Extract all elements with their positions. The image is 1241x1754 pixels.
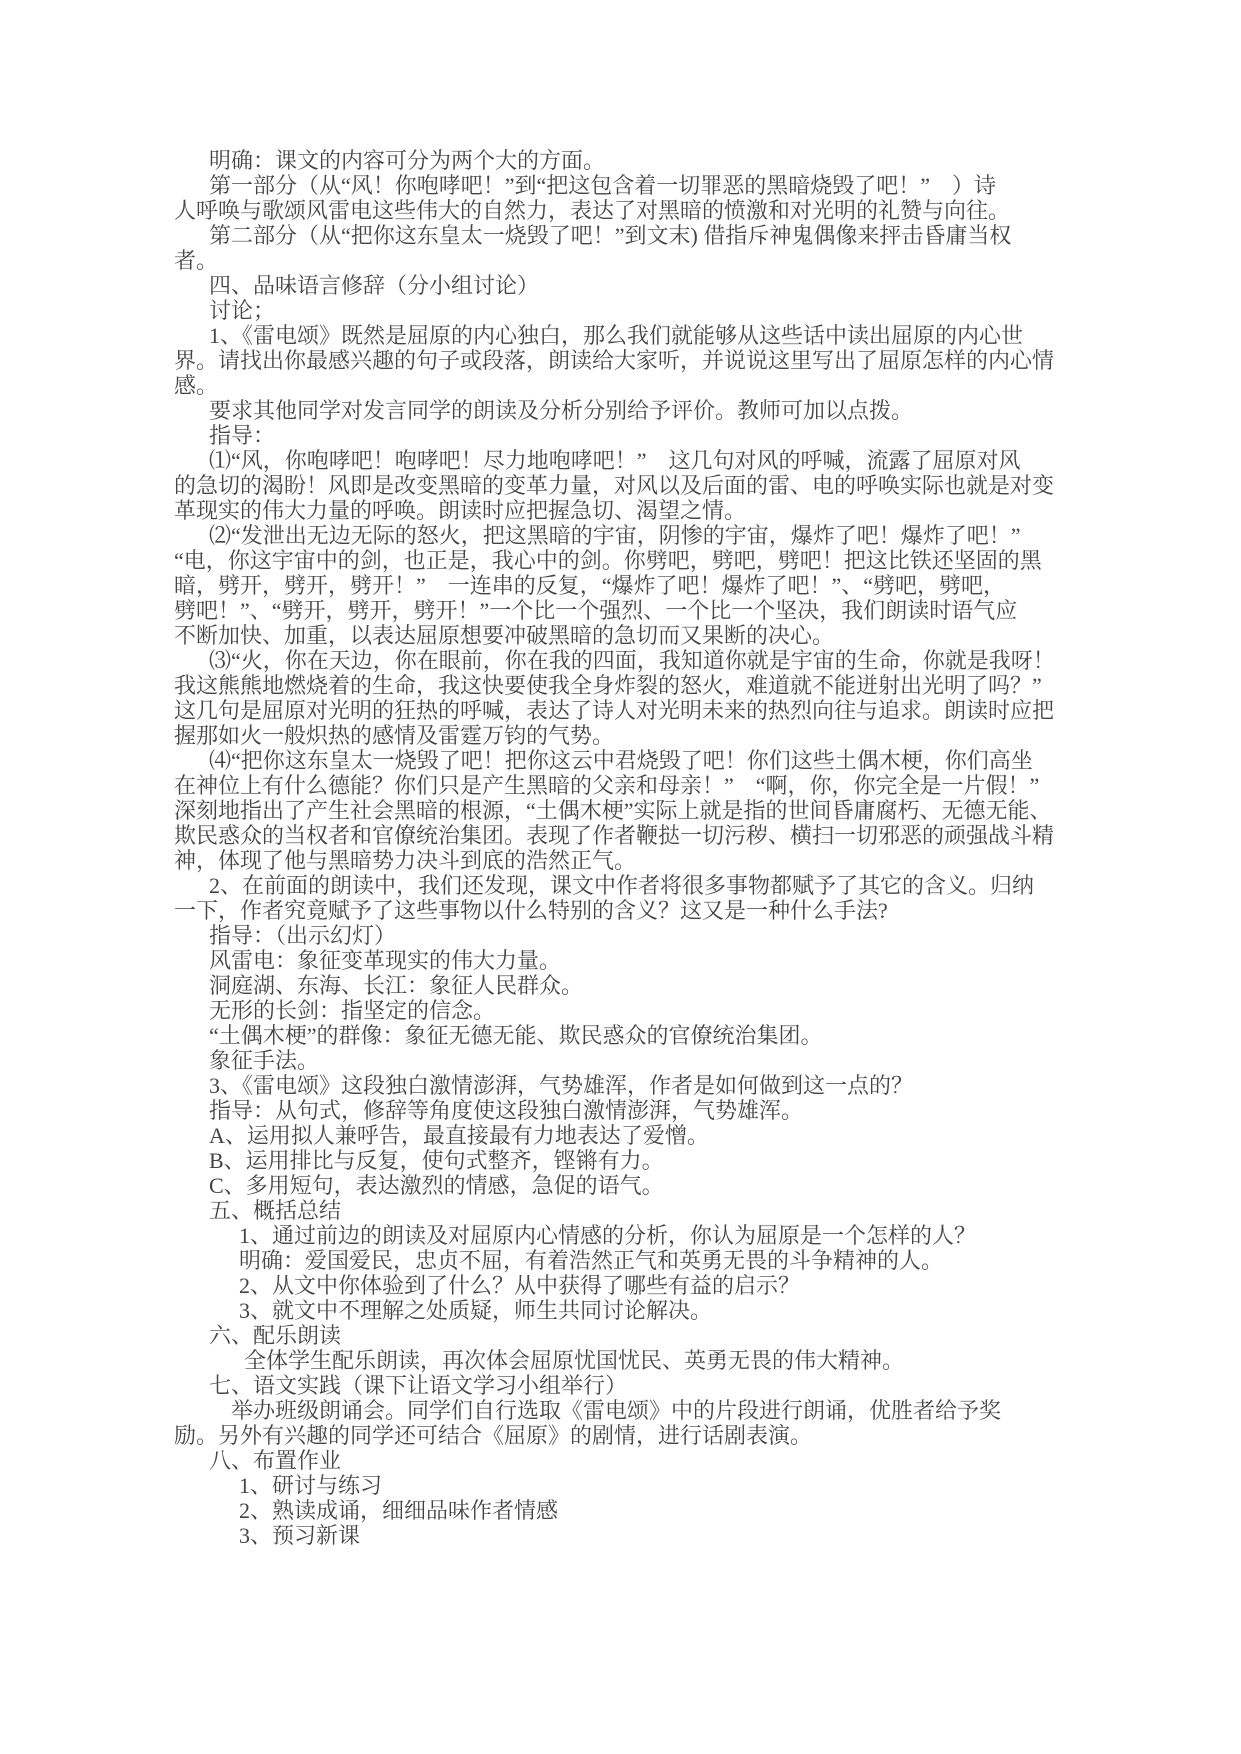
text-line: 八、布置作业 xyxy=(174,1448,1074,1473)
text-line: 1、研讨与练习 xyxy=(174,1473,1074,1498)
text-line: 要求其他同学对发言同学的朗读及分析分别给予评价。教师可加以点拨。 xyxy=(174,398,1074,423)
text-line: A、运用拟人兼呼告，最直接最有力地表达了爱憎。 xyxy=(174,1123,1074,1148)
text-line: 2、熟读成诵，细细品味作者情感 xyxy=(174,1498,1074,1523)
text-line: 这几句是屈原对光明的狂热的呼喊，表达了诗人对光明未来的热烈向往与追求。朗读时应把 xyxy=(174,698,1074,723)
text-line: 励。另外有兴趣的同学还可结合《屈原》的剧情，进行话剧表演。 xyxy=(174,1423,1074,1448)
text-line: ⑴“风，你咆哮吧！咆哮吧！尽力地咆哮吧！” 这几句对风的呼喊，流露了屈原对风 xyxy=(174,448,1074,473)
text-line: 第一部分（从“风！你咆哮吧！”到“把这包含着一切罪恶的黑暗烧毁了吧！” ）诗 xyxy=(174,173,1074,198)
text-line: 讨论； xyxy=(174,298,1074,323)
text-line: 全体学生配乐朗读，再次体会屈原忧国忧民、英勇无畏的伟大精神。 xyxy=(174,1348,1074,1373)
text-line: C、多用短句，表达激烈的情感，急促的语气。 xyxy=(174,1173,1074,1198)
text-line: 七、语文实践（课下让语文学习小组举行） xyxy=(174,1373,1074,1398)
text-line: 深刻地指出了产生社会黑暗的根源，“土偶木梗”实际上就是指的世间昏庸腐朽、无德无能… xyxy=(174,798,1074,823)
text-line: 的急切的渴盼！风即是改变黑暗的变革力量，对风以及后面的雷、电的呼唤实际也就是对变 xyxy=(174,473,1074,498)
text-line: 3、预习新课 xyxy=(174,1523,1074,1548)
text-line: 3、就文中不理解之处质疑，师生共同讨论解决。 xyxy=(174,1298,1074,1323)
text-line: 1、通过前边的朗读及对屈原内心情感的分析，你认为屈原是一个怎样的人？ xyxy=(174,1223,1074,1248)
text-line: 神，体现了他与黑暗势力决斗到底的浩然正气。 xyxy=(174,848,1074,873)
text-line: 第二部分（从“把你这东皇太一烧毁了吧！”到文末) 借指斥神鬼偶像来抨击昏庸当权 xyxy=(174,223,1074,248)
text-line: B、运用排比与反复，使句式整齐，铿锵有力。 xyxy=(174,1148,1074,1173)
text-line: “土偶木梗”的群像：象征无德无能、欺民惑众的官僚统治集团。 xyxy=(174,1023,1074,1048)
text-line: 风雷电：象征变革现实的伟大力量。 xyxy=(174,948,1074,973)
text-line: 明确：课文的内容可分为两个大的方面。 xyxy=(174,148,1074,173)
document-text: 明确：课文的内容可分为两个大的方面。 第一部分（从“风！你咆哮吧！”到“把这包含… xyxy=(174,148,1074,1548)
text-line: 界。请找出你最感兴趣的句子或段落，朗读给大家听，并说说这里写出了屈原怎样的内心情 xyxy=(174,348,1074,373)
text-line: 暗，劈开，劈开，劈开！” 一连串的反复，“爆炸了吧！爆炸了吧！”、“劈吧，劈吧， xyxy=(174,573,1074,598)
text-line: 指导：（出示幻灯） xyxy=(174,923,1074,948)
text-line: 感。 xyxy=(174,373,1074,398)
text-line: 六、配乐朗读 xyxy=(174,1323,1074,1348)
text-line: 欺民惑众的当权者和官僚统治集团。表现了作者鞭挞一切污秽、横扫一切邪恶的顽强战斗精 xyxy=(174,823,1074,848)
text-line: 五、概括总结 xyxy=(174,1198,1074,1223)
text-line: 一下，作者究竟赋予了这些事物以什么特别的含义？这又是一种什么手法? xyxy=(174,898,1074,923)
text-line: 人呼唤与歌颂风雷电这些伟大的自然力，表达了对黑暗的愤激和对光明的礼赞与向往。 xyxy=(174,198,1074,223)
text-line: 指导：从句式，修辞等角度使这段独白激情澎湃，气势雄浑。 xyxy=(174,1098,1074,1123)
text-line: 劈吧！”、“劈开，劈开，劈开！”一个比一个强烈、一个比一个坚决，我们朗读时语气应 xyxy=(174,598,1074,623)
text-line: 我这熊熊地燃烧着的生命，我这快要使我全身炸裂的怒火，难道就不能迸射出光明了吗？” xyxy=(174,673,1074,698)
text-line: 革现实的伟大力量的呼唤。朗读时应把握急切、渴望之情。 xyxy=(174,498,1074,523)
text-line: 3、《雷电颂》这段独白激情澎湃，气势雄浑，作者是如何做到这一点的？ xyxy=(174,1073,1074,1098)
document-page: 明确：课文的内容可分为两个大的方面。 第一部分（从“风！你咆哮吧！”到“把这包含… xyxy=(0,0,1241,1754)
text-line: 者。 xyxy=(174,248,1074,273)
text-line: ⑷“把你这东皇太一烧毁了吧！把你这云中君烧毁了吧！你们这些土偶木梗，你们高坐 xyxy=(174,748,1074,773)
text-line: ⑵“发泄出无边无际的怒火，把这黑暗的宇宙，阴惨的宇宙，爆炸了吧！爆炸了吧！” xyxy=(174,523,1074,548)
text-line: 明确：爱国爱民，忠贞不屈，有着浩然正气和英勇无畏的斗争精神的人。 xyxy=(174,1248,1074,1273)
text-line: 无形的长剑：指坚定的信念。 xyxy=(174,998,1074,1023)
text-line: 2、从文中你体验到了什么？从中获得了哪些有益的启示？ xyxy=(174,1273,1074,1298)
text-line: 洞庭湖、东海、长江：象征人民群众。 xyxy=(174,973,1074,998)
text-line: 四、品味语言修辞（分小组讨论） xyxy=(174,273,1074,298)
text-line: 1、《雷电颂》既然是屈原的内心独白，那么我们就能够从这些话中读出屈原的内心世 xyxy=(174,323,1074,348)
text-line: 不断加快、加重，以表达屈原想要冲破黑暗的急切而又果断的决心。 xyxy=(174,623,1074,648)
text-line: 举办班级朗诵会。同学们自行选取《雷电颂》中的片段进行朗诵，优胜者给予奖 xyxy=(174,1398,1074,1423)
text-line: ⑶“火，你在天边，你在眼前，你在我的四面，我知道你就是宇宙的生命，你就是我呀！ xyxy=(174,648,1074,673)
text-line: 在神位上有什么德能？你们只是产生黑暗的父亲和母亲！” “啊，你，你完全是一片假！… xyxy=(174,773,1074,798)
text-line: 象征手法。 xyxy=(174,1048,1074,1073)
text-line: “电，你这宇宙中的剑，也正是，我心中的剑。你劈吧，劈吧，劈吧！把这比铁还坚固的黑 xyxy=(174,548,1074,573)
text-line: 握那如火一般炽热的感情及雷霆万钧的气势。 xyxy=(174,723,1074,748)
text-line: 指导： xyxy=(174,423,1074,448)
text-line: 2、在前面的朗读中，我们还发现，课文中作者将很多事物都赋予了其它的含义。归纳 xyxy=(174,873,1074,898)
